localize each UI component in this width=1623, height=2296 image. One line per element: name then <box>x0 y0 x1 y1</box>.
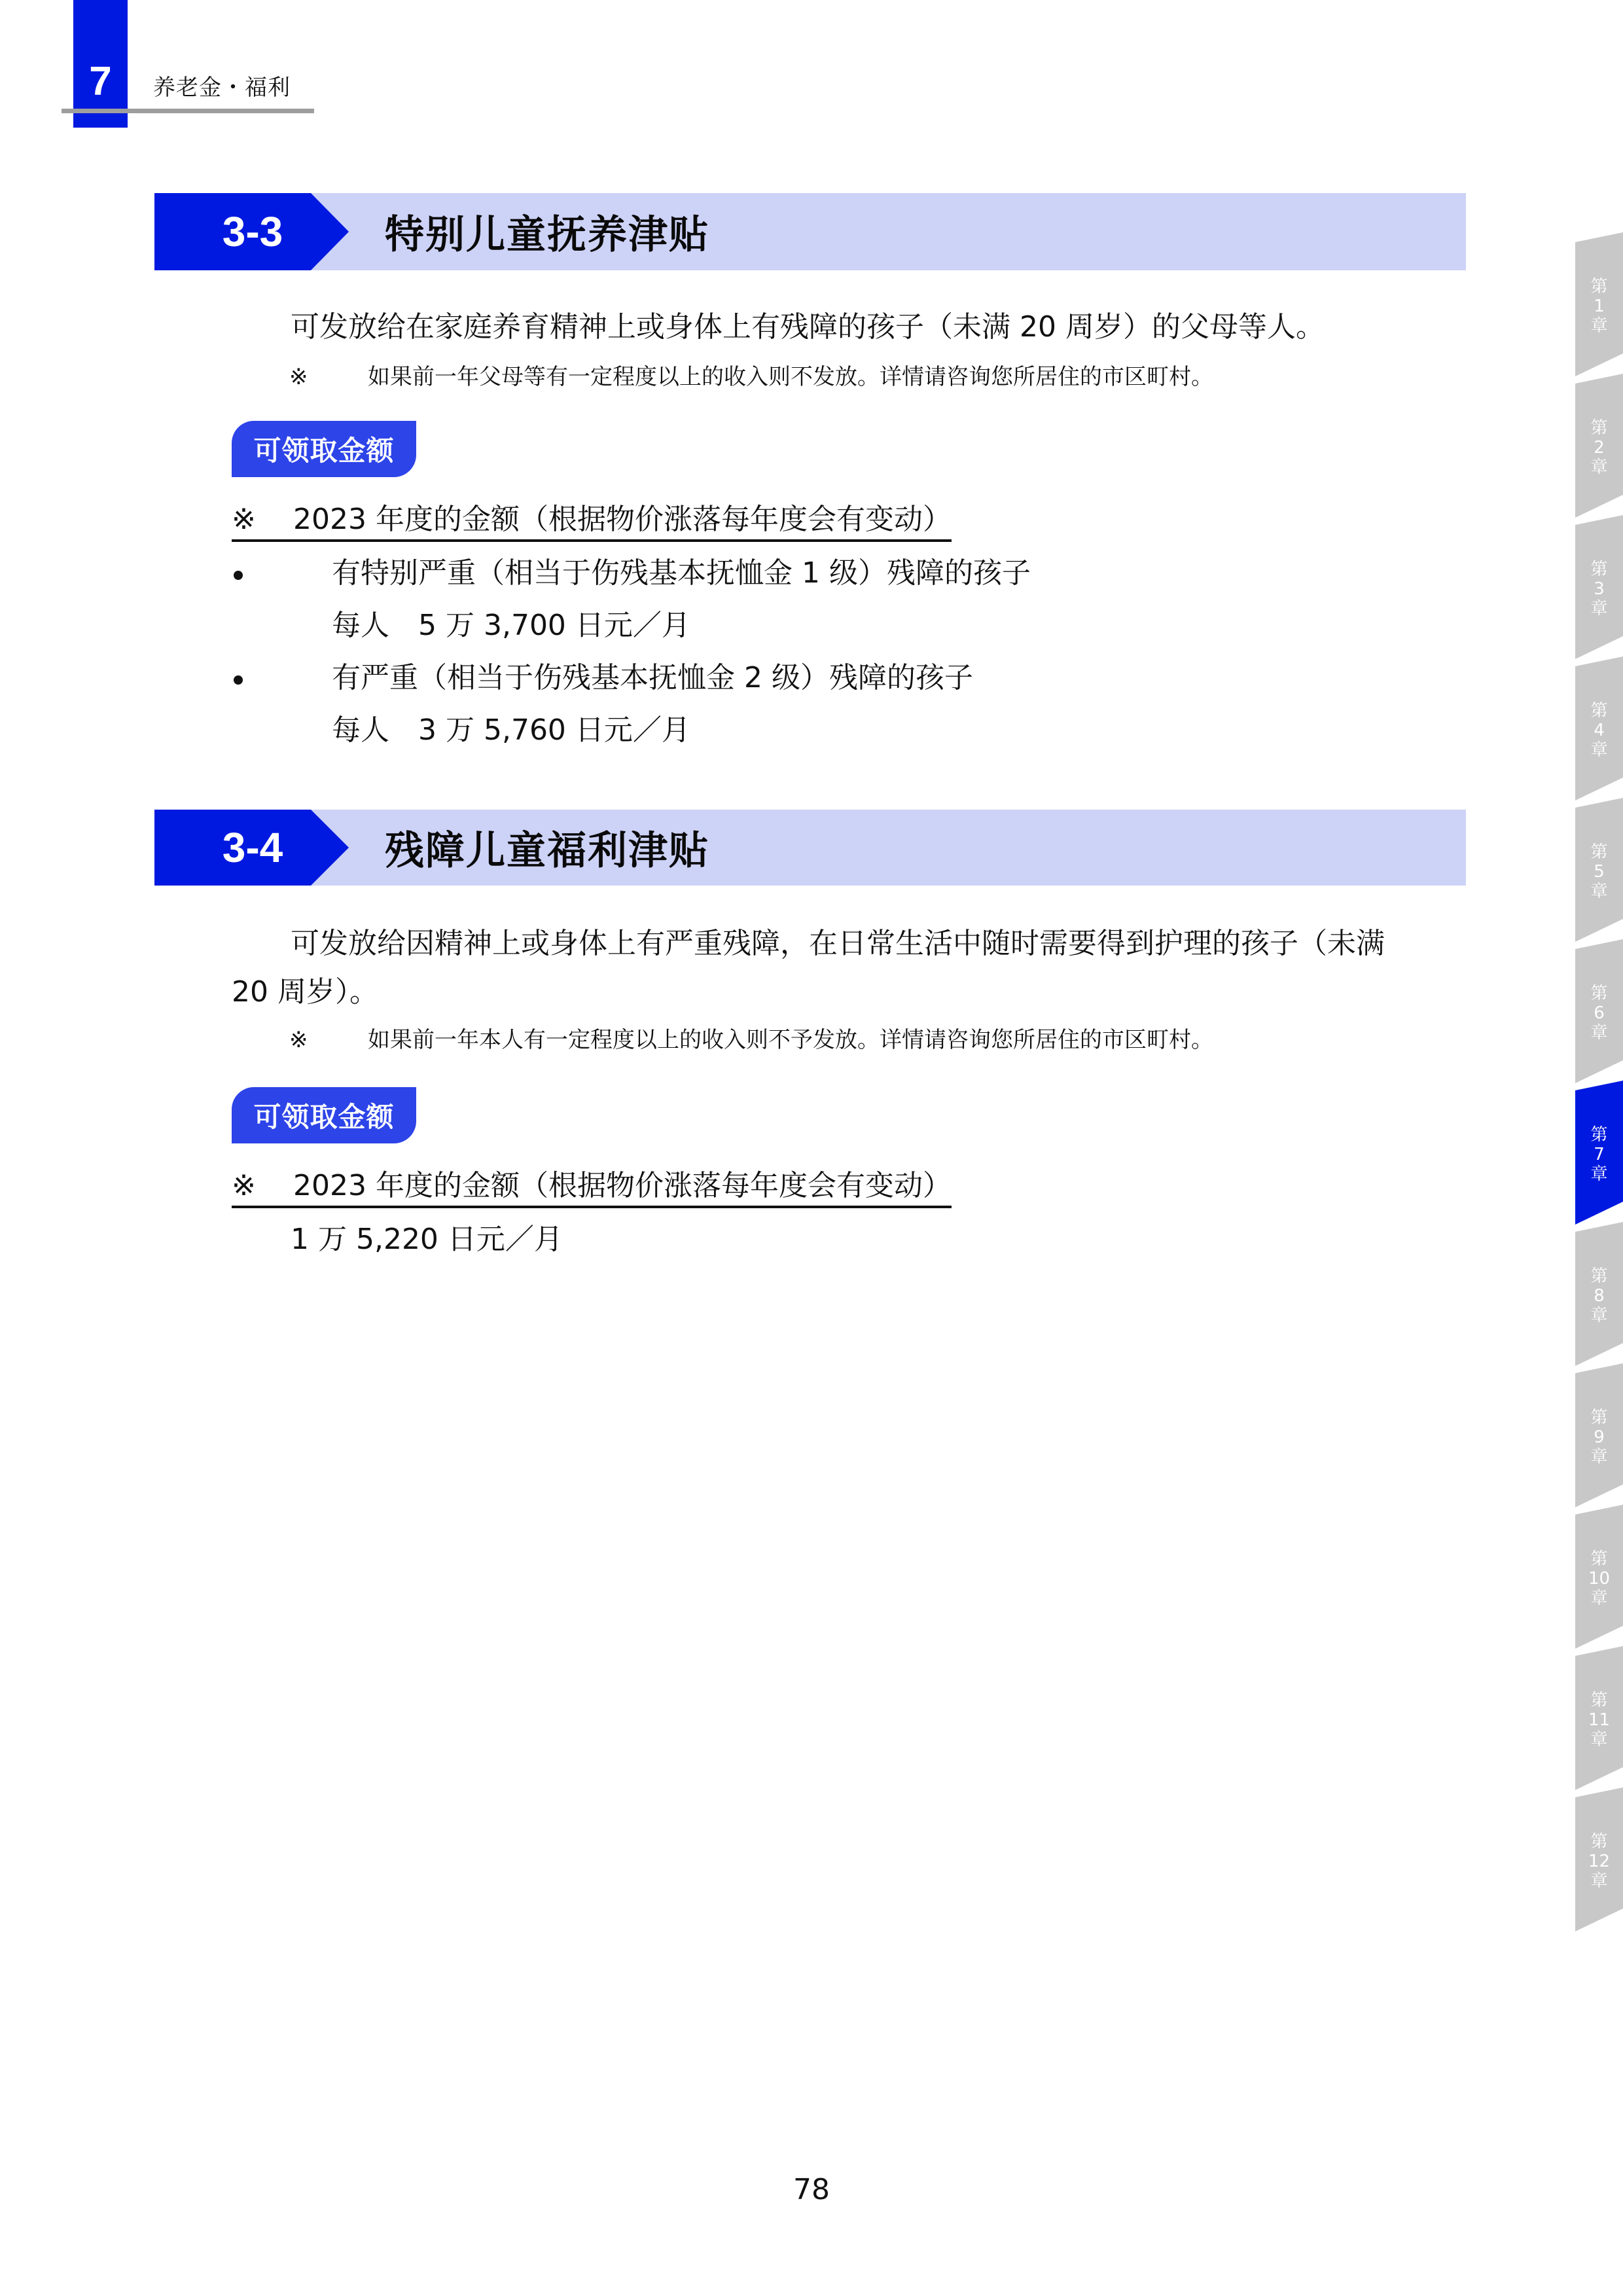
tab-number: 10 <box>1575 1569 1623 1588</box>
list-item-amount: 每人 5 万 3,700 日元／月 <box>332 607 690 644</box>
tab-suffix: 章 <box>1575 599 1623 619</box>
chapter-tab-3[interactable]: 第3章 <box>1575 509 1623 659</box>
tab-number: 12 <box>1575 1852 1623 1871</box>
tab-suffix: 章 <box>1575 1306 1623 1325</box>
tab-suffix: 章 <box>1575 740 1623 760</box>
tab-prefix: 第 <box>1575 1691 1623 1710</box>
tab-suffix: 章 <box>1575 457 1623 477</box>
tab-prefix: 第 <box>1575 1549 1623 1569</box>
section-header-3-4: 3-4 残障儿童福利津贴 <box>154 810 1466 886</box>
section-header-3-3: 3-3 特别儿童抚养津贴 <box>154 193 1466 270</box>
tab-prefix: 第 <box>1575 1125 1623 1145</box>
reference-mark: ※ <box>289 1026 308 1054</box>
amount-badge: 可领取金额 <box>232 421 416 477</box>
tab-prefix: 第 <box>1575 984 1623 1003</box>
chapter-tab-5[interactable]: 第5章 <box>1575 791 1623 942</box>
tab-suffix: 章 <box>1575 1447 1623 1467</box>
note-text: 如果前一年本人有一定程度以上的收入则不予发放。详情请咨询您所居住的市区町村。 <box>368 1026 1213 1054</box>
section-title: 特别儿童抚养津贴 <box>385 193 709 270</box>
tab-suffix: 章 <box>1575 882 1623 901</box>
tab-number: 3 <box>1575 579 1623 599</box>
reference-mark: ※ <box>232 501 293 538</box>
tab-suffix: 章 <box>1575 1730 1623 1749</box>
tab-number: 9 <box>1575 1427 1623 1447</box>
chapter-tab-7[interactable]: 第7章 <box>1575 1074 1623 1225</box>
section-title: 残障儿童福利津贴 <box>385 810 709 886</box>
tab-prefix: 第 <box>1575 418 1623 438</box>
chapter-tab-9[interactable]: 第9章 <box>1575 1357 1623 1507</box>
chapter-tab-8[interactable]: 第8章 <box>1575 1215 1623 1366</box>
tab-suffix: 章 <box>1575 1164 1623 1184</box>
chapter-tab-12[interactable]: 第12章 <box>1575 1781 1623 1931</box>
tab-prefix: 第 <box>1575 701 1623 721</box>
section-number: 3-3 <box>174 193 331 270</box>
tab-prefix: 第 <box>1575 842 1623 862</box>
chapter-tab-11[interactable]: 第11章 <box>1575 1640 1623 1790</box>
amount-value: 1 万 5,220 日元／月 <box>291 1221 563 1258</box>
amount-header-text: 2023 年度的金额（根据物价涨落每年度会有变动） <box>293 1169 952 1202</box>
amount-header-text: 2023 年度的金额（根据物价涨落每年度会有变动） <box>293 503 952 536</box>
section-description-line1: 可发放给因精神上或身体上有严重残障，在日常生活中随时需要得到护理的孩子（未满 <box>291 920 1385 968</box>
header-rule <box>62 109 314 113</box>
bullet-icon <box>234 571 243 580</box>
chapter-number: 7 <box>73 59 128 105</box>
tab-number: 4 <box>1575 721 1623 740</box>
section-number: 3-4 <box>174 810 331 886</box>
chapter-tab-4[interactable]: 第4章 <box>1575 650 1623 800</box>
chapter-tab-10[interactable]: 第10章 <box>1575 1498 1623 1649</box>
tab-number: 7 <box>1575 1145 1623 1164</box>
list-item-condition: 有特别严重（相当于伤残基本抚恤金 1 级）残障的孩子 <box>332 555 1031 592</box>
tab-number: 2 <box>1575 438 1623 457</box>
amount-badge: 可领取金额 <box>232 1087 416 1143</box>
tab-prefix: 第 <box>1575 1266 1623 1286</box>
tab-number: 11 <box>1575 1710 1623 1730</box>
tab-suffix: 章 <box>1575 316 1623 336</box>
tab-prefix: 第 <box>1575 1408 1623 1427</box>
bullet-icon <box>234 675 243 685</box>
reference-mark: ※ <box>289 363 308 391</box>
list-item-condition: 有严重（相当于伤残基本抚恤金 2 级）残障的孩子 <box>332 660 973 696</box>
tab-suffix: 章 <box>1575 1023 1623 1043</box>
chapter-tab-1[interactable]: 第1章 <box>1575 226 1623 376</box>
section-description-line2: 20 周岁）。 <box>232 968 378 1016</box>
note-text: 如果前一年父母等有一定程度以上的收入则不发放。详情请咨询您所居住的市区町村。 <box>368 363 1213 391</box>
tab-number: 5 <box>1575 862 1623 882</box>
section-description: 可发放给在家庭养育精神上或身体上有残障的孩子（未满 20 周岁）的父母等人。 <box>291 303 1325 351</box>
amount-header: ※2023 年度的金额（根据物价涨落每年度会有变动） <box>232 501 952 542</box>
amount-header: ※2023 年度的金额（根据物价涨落每年度会有变动） <box>232 1168 952 1208</box>
tab-suffix: 章 <box>1575 1588 1623 1608</box>
tab-number: 8 <box>1575 1286 1623 1306</box>
page-number: 78 <box>779 2172 844 2208</box>
reference-mark: ※ <box>232 1168 293 1204</box>
tab-suffix: 章 <box>1575 1871 1623 1891</box>
tab-prefix: 第 <box>1575 560 1623 579</box>
list-item-amount: 每人 3 万 5,760 日元／月 <box>332 712 690 749</box>
chapter-tab-2[interactable]: 第2章 <box>1575 367 1623 518</box>
tab-number: 1 <box>1575 296 1623 316</box>
chapter-title: 养老金・福利 <box>153 73 291 102</box>
tab-number: 6 <box>1575 1003 1623 1023</box>
tab-prefix: 第 <box>1575 1832 1623 1852</box>
tab-prefix: 第 <box>1575 277 1623 296</box>
chapter-tab-6[interactable]: 第6章 <box>1575 933 1623 1083</box>
